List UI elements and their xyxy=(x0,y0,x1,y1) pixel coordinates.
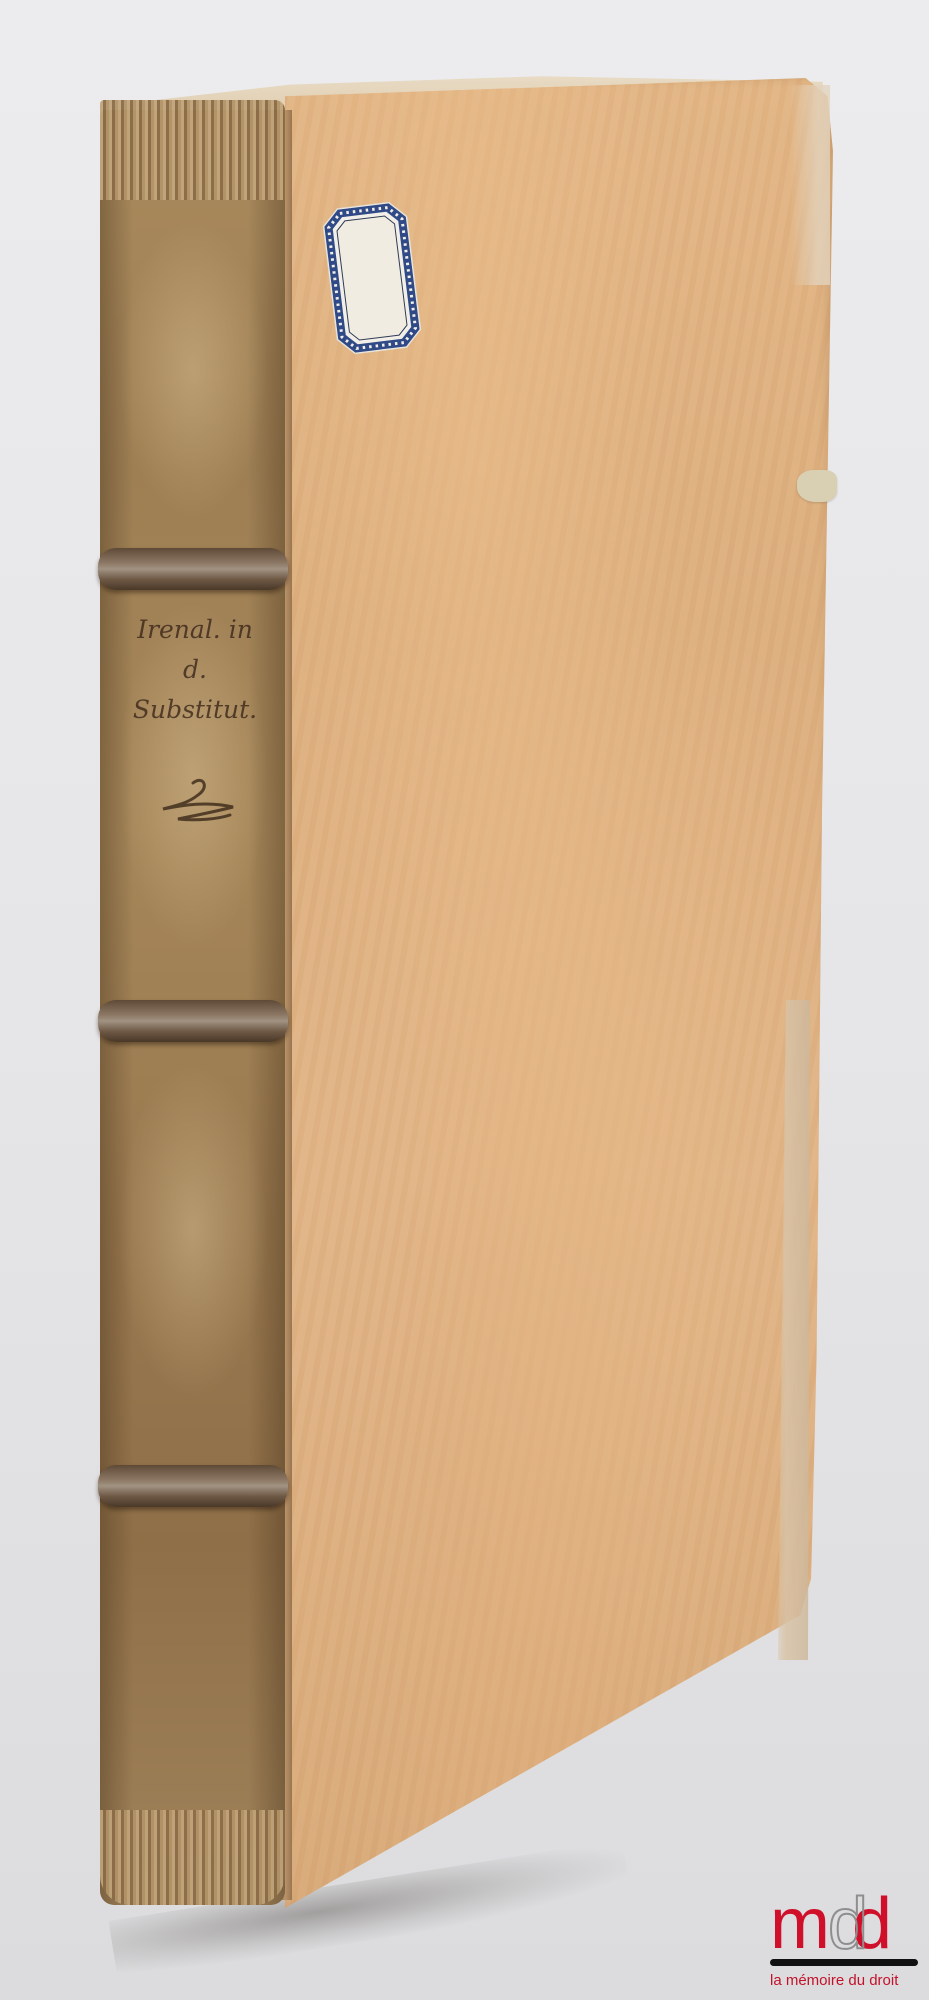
spine-title-line-1: Irenal. in xyxy=(110,610,280,650)
spine-panel-3 xyxy=(118,1060,268,1400)
spine-tailcap-frayed xyxy=(100,1810,285,1905)
raised-band-2 xyxy=(98,1000,288,1042)
raised-band-1 xyxy=(98,548,288,590)
ink-flourish-icon xyxy=(148,775,248,835)
mdd-logo-mark: m d d xyxy=(770,1895,920,1953)
mdd-logo: m d d la mémoire du droit xyxy=(770,1895,920,1989)
product-photo: Irenal. in d. Substitut. m d d la mémoir… xyxy=(0,0,929,2000)
spine-title-line-2: d. xyxy=(110,650,280,690)
logo-letter-d-outline: d xyxy=(828,1895,866,1953)
cover-clasp-remnant xyxy=(797,470,837,502)
raised-band-3 xyxy=(98,1465,288,1507)
logo-letter-m: m xyxy=(770,1895,828,1953)
spine-handwritten-title: Irenal. in d. Substitut. xyxy=(110,610,280,730)
spine-panel-1 xyxy=(118,220,268,520)
spine-title-line-3: Substitut. xyxy=(110,690,280,730)
spine-headcap-frayed xyxy=(100,100,285,200)
logo-tagline: la mémoire du droit xyxy=(770,1972,920,1989)
library-label xyxy=(319,198,425,358)
cover-worn-edge-top xyxy=(790,85,830,285)
